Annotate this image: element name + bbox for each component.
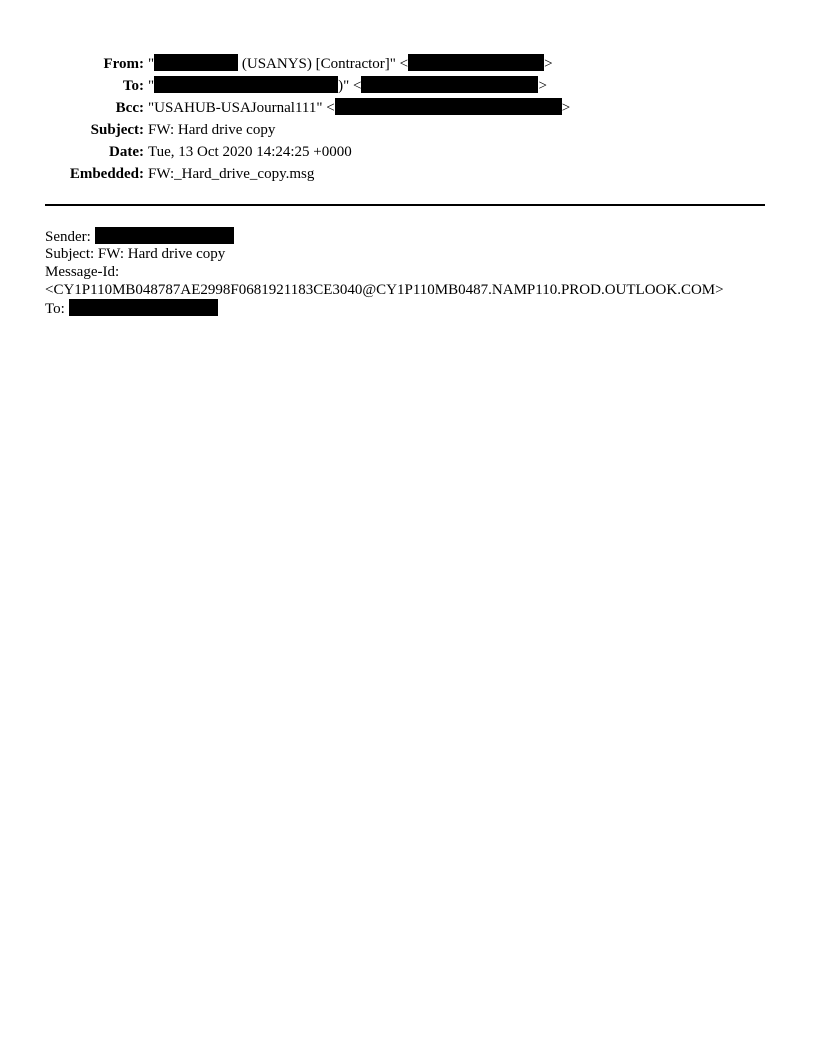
subject-value: FW: Hard drive copy [148, 119, 275, 141]
to-close-bracket: > [538, 78, 546, 94]
sender-line: Sender: [45, 227, 805, 245]
embedded-label: Embedded: [70, 163, 144, 185]
bcc-name: "USAHUB-USAJournal111" < [148, 100, 335, 116]
to-suffix: )" < [338, 78, 361, 94]
to-line: To: [45, 299, 805, 317]
header-row-subject: Subject: FW: Hard drive copy [0, 119, 816, 141]
from-label: From: [103, 53, 144, 75]
redaction-sender [95, 227, 234, 244]
from-org: (USANYS) [Contractor]" < [238, 56, 408, 72]
message-id-label: Message-Id: [45, 263, 805, 281]
date-label: Date: [109, 141, 144, 163]
redaction-bcc-email [335, 98, 562, 115]
header-row-bcc: Bcc: "USAHUB-USAJournal111" <> [0, 97, 816, 119]
header-row-from: From: " (USANYS) [Contractor]" <> [0, 53, 816, 75]
header-row-embedded: Embedded: FW:_Hard_drive_copy.msg [0, 163, 816, 185]
to-line-label: To: [45, 301, 69, 317]
email-header: From: " (USANYS) [Contractor]" <> To: ")… [0, 53, 816, 185]
subject-label: Subject: [91, 119, 144, 141]
to-value: ")" <> [148, 75, 547, 97]
redaction-to-name [154, 76, 338, 93]
date-value: Tue, 13 Oct 2020 14:24:25 +0000 [148, 141, 352, 163]
bcc-value: "USAHUB-USAJournal111" <> [148, 97, 570, 119]
bcc-close-bracket: > [562, 100, 570, 116]
bcc-label: Bcc: [116, 97, 144, 119]
redaction-to-recipient [69, 299, 218, 316]
subject-line: Subject: FW: Hard drive copy [45, 245, 805, 263]
sender-label: Sender: [45, 229, 95, 245]
embedded-message-details: Sender: Subject: FW: Hard drive copy Mes… [45, 227, 805, 317]
from-close-bracket: > [544, 56, 552, 72]
header-divider [45, 204, 765, 206]
header-row-to: To: ")" <> [0, 75, 816, 97]
header-row-date: Date: Tue, 13 Oct 2020 14:24:25 +0000 [0, 141, 816, 163]
to-label: To: [123, 75, 144, 97]
from-value: " (USANYS) [Contractor]" <> [148, 53, 553, 75]
redaction-from-email [408, 54, 544, 71]
redaction-from-name [154, 54, 238, 71]
message-id-value: <CY1P110MB048787AE2998F0681921183CE3040@… [45, 281, 805, 299]
redaction-to-email [361, 76, 538, 93]
embedded-value: FW:_Hard_drive_copy.msg [148, 163, 314, 185]
